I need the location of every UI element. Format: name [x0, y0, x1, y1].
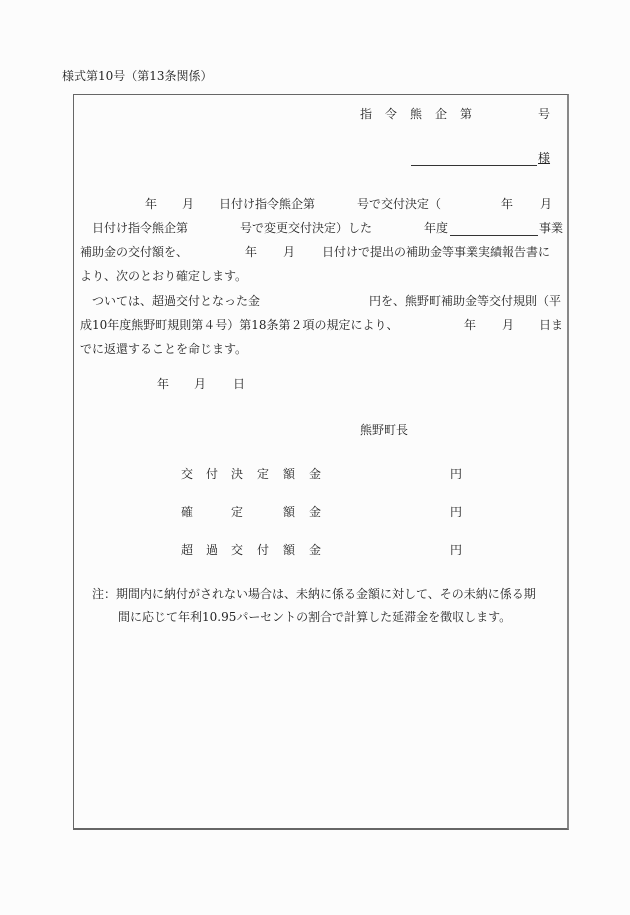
body-month: 月	[182, 197, 194, 211]
order-number-suffix: 号	[538, 107, 550, 121]
order-char: 熊	[410, 107, 422, 121]
amount-label-char: 確	[181, 505, 193, 519]
order-char: 第	[460, 107, 472, 121]
amount-unit: 円	[450, 505, 462, 519]
amount-label-char: 超	[181, 543, 193, 557]
note-text: 間に応じて年利10.95パーセントの割合で計算した延滞金を徴収します。	[118, 610, 511, 624]
body-text: 円を、熊野町補助金等交付規則（平	[369, 294, 561, 308]
body-text: 年度	[424, 221, 448, 235]
form-number-label: 様式第10号（第13条関係）	[62, 69, 213, 83]
body-month: 月	[502, 318, 514, 332]
amount-label-char: 額	[283, 505, 295, 519]
body-text: 日付けで提出の補助金等事業実績報告書に	[322, 245, 550, 259]
amount-label-char: 額	[283, 543, 295, 557]
amount-label-char: 額	[283, 467, 295, 481]
body-text: 日付け指令熊企第	[92, 221, 188, 235]
body-year: 年	[464, 318, 476, 332]
amount-label-char: 付	[206, 467, 218, 481]
body-month: 月	[283, 245, 295, 259]
amount-label-char: 定	[257, 467, 269, 481]
amount-label-char: 決	[231, 467, 243, 481]
date-month: 月	[194, 377, 206, 391]
amount-label-char: 金	[309, 543, 321, 557]
date-day: 日	[233, 377, 245, 391]
body-text: 日付け指令熊企第	[219, 197, 315, 211]
body-text: 号で変更交付決定）した	[240, 221, 372, 235]
amount-unit: 円	[450, 467, 462, 481]
body-text: 号で交付決定（	[357, 197, 441, 211]
amount-label-char: 付	[257, 543, 269, 557]
body-text: 成10年度熊野町規則第４号）第18条第２項の規定により、	[80, 318, 399, 332]
body-text: でに返還することを命じます。	[80, 342, 247, 356]
body-text: 補助金の交付額を、	[80, 245, 188, 259]
addressee-suffix: 様	[538, 151, 550, 165]
body-month: 月	[540, 197, 552, 211]
body-text: ついては、超過交付となった金	[92, 294, 260, 308]
issuer-title: 熊野町長	[360, 423, 408, 437]
amount-label-char: 交	[231, 543, 243, 557]
body-text: 事業	[539, 221, 563, 235]
body-text: 日ま	[539, 318, 563, 332]
project-name-field[interactable]	[450, 221, 538, 236]
order-char: 指	[360, 107, 372, 121]
body-year: 年	[145, 197, 157, 211]
amount-label-char: 定	[231, 505, 243, 519]
note-text: 注：期間内に納付がされない場合は、未納に係る金額に対して、その未納に係る期	[92, 587, 536, 601]
order-char: 企	[435, 107, 447, 121]
order-char: 令	[385, 107, 397, 121]
body-year: 年	[245, 245, 257, 259]
body-text: より、次のとおり確定します。	[80, 269, 247, 283]
amount-label-char: 金	[309, 467, 321, 481]
addressee-field[interactable]	[411, 151, 537, 166]
amount-label-char: 交	[181, 467, 193, 481]
amount-unit: 円	[450, 543, 462, 557]
body-year: 年	[501, 197, 513, 211]
date-year: 年	[157, 377, 169, 391]
amount-label-char: 金	[309, 505, 321, 519]
amount-label-char: 過	[206, 543, 218, 557]
